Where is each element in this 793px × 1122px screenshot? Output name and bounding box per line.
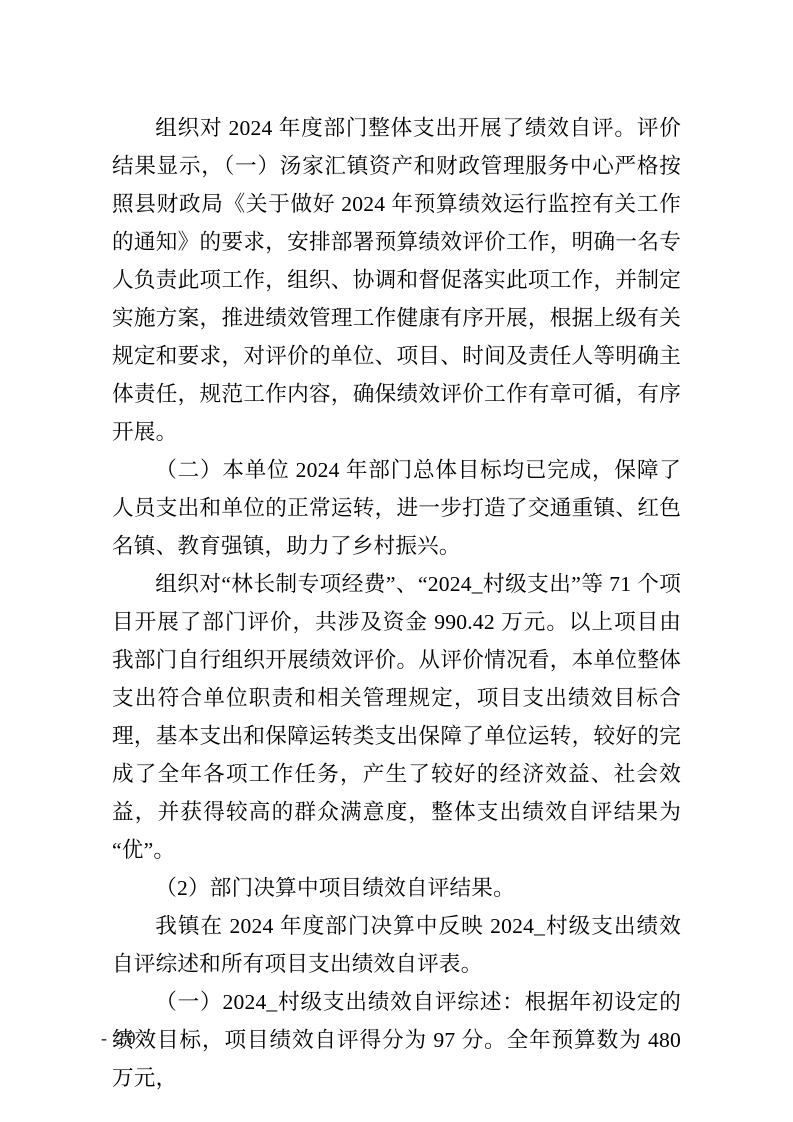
document-page: 组织对 2024 年度部门整体支出开展了绩效自评。评价结果显示，（一）汤家汇镇资… bbox=[0, 0, 793, 1122]
document-body: 组织对 2024 年度部门整体支出开展了绩效自评。评价结果显示，（一）汤家汇镇资… bbox=[112, 109, 681, 1097]
paragraph: （2）部门决算中项目绩效自评结果。 bbox=[112, 869, 681, 907]
paragraph: 组织对“林长制专项经费”、“2024_村级支出”等 71 个项目开展了部门评价，… bbox=[112, 565, 681, 869]
paragraph: 我镇在 2024 年度部门决算中反映 2024_村级支出绩效自评综述和所有项目支… bbox=[112, 907, 681, 983]
page-number: - 20 - bbox=[101, 1026, 152, 1050]
paragraph: （二）本单位 2024 年部门总体目标均已完成，保障了人员支出和单位的正常运转，… bbox=[112, 451, 681, 565]
paragraph: 组织对 2024 年度部门整体支出开展了绩效自评。评价结果显示，（一）汤家汇镇资… bbox=[112, 109, 681, 451]
paragraph: （一）2024_村级支出绩效自评综述：根据年初设定的绩效目标，项目绩效自评得分为… bbox=[112, 983, 681, 1097]
